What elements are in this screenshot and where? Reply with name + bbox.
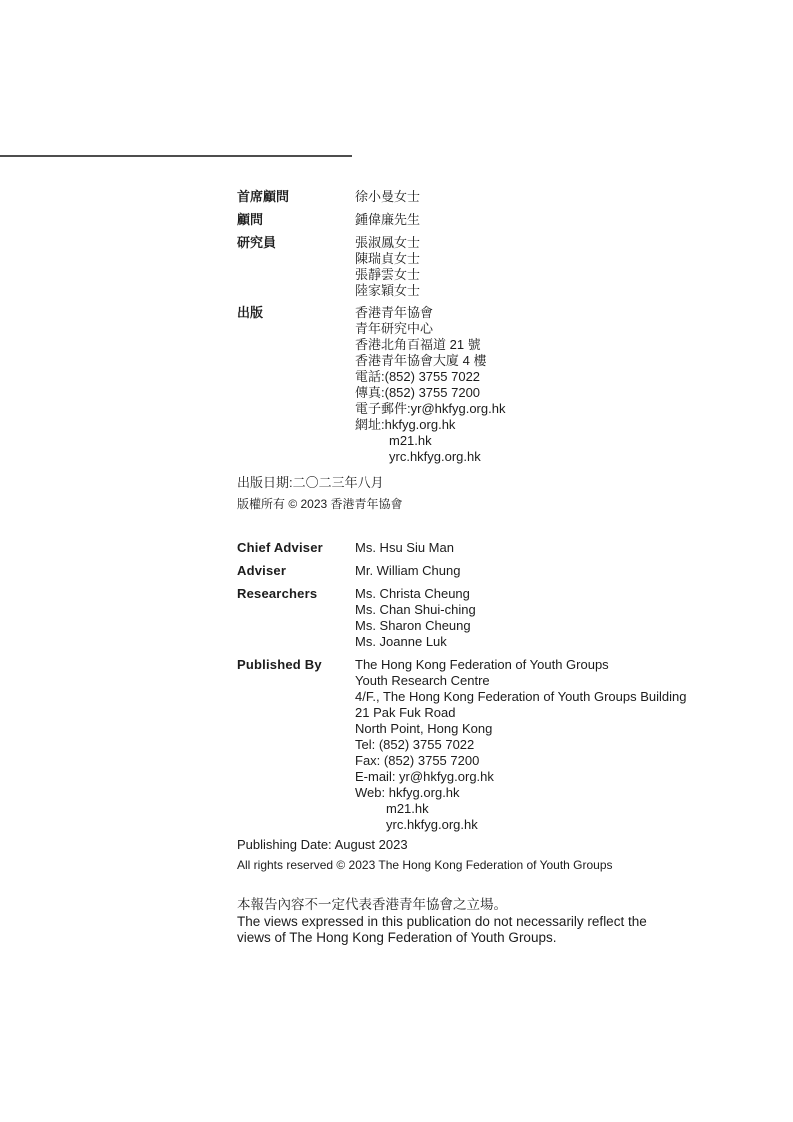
publisher-web-zh: yrc.hkfyg.org.hk bbox=[355, 449, 505, 465]
copyright-zh: 版權所有 © 2023 香港青年協會 bbox=[237, 497, 767, 512]
publishing-date-zh: 出版日期:二〇二三年八月 bbox=[237, 475, 767, 491]
researcher-zh: 張淑鳳女士 bbox=[355, 235, 420, 251]
published-by-line-en: The Hong Kong Federation of Youth Groups bbox=[355, 657, 687, 673]
published-by-line-en: 4/F., The Hong Kong Federation of Youth … bbox=[355, 689, 687, 705]
published-by-line-en: North Point, Hong Kong bbox=[355, 721, 687, 737]
row-chief-adviser-en: Chief Adviser Ms. Hsu Siu Man bbox=[237, 540, 767, 556]
adviser-label-zh: 顧問 bbox=[237, 212, 355, 228]
published-by-tel-en: Tel: (852) 3755 7022 bbox=[355, 737, 687, 753]
publisher-line-zh: 香港北角百福道 21 號 bbox=[355, 337, 505, 353]
published-by-line-en: Youth Research Centre bbox=[355, 673, 687, 689]
adviser-value-en: Mr. William Chung bbox=[355, 563, 460, 579]
researcher-en: Ms. Joanne Luk bbox=[355, 634, 476, 650]
researcher-en: Ms. Christa Cheung bbox=[355, 586, 476, 602]
researcher-zh: 張靜雲女士 bbox=[355, 267, 420, 283]
published-by-web-en: yrc.hkfyg.org.hk bbox=[355, 817, 687, 833]
row-researchers-en: Researchers Ms. Christa Cheung Ms. Chan … bbox=[237, 586, 767, 650]
publishing-date-en: Publishing Date: August 2023 bbox=[237, 837, 767, 853]
published-by-web-en: Web: hkfyg.org.hk bbox=[355, 785, 687, 801]
chief-adviser-label-zh: 首席顧問 bbox=[237, 189, 355, 205]
colophon-page: { "chinese_credits": { "chief_adviser": … bbox=[0, 0, 793, 1122]
publisher-line-zh: 青年研究中心 bbox=[355, 321, 505, 337]
researcher-en: Ms. Chan Shui-ching bbox=[355, 602, 476, 618]
published-by-label-en: Published By bbox=[237, 657, 355, 833]
header-rule bbox=[0, 155, 352, 157]
chief-adviser-value-zh: 徐小曼女士 bbox=[355, 189, 420, 205]
publisher-line-zh: 香港青年協會 bbox=[355, 305, 505, 321]
researchers-label-en: Researchers bbox=[237, 586, 355, 650]
disclaimer-en-line1: The views expressed in this publication … bbox=[237, 914, 767, 931]
published-by-web-en: m21.hk bbox=[355, 801, 687, 817]
row-researchers-zh: 研究員 張淑鳳女士 陳瑞貞女士 張靜雲女士 陸家穎女士 bbox=[237, 235, 767, 299]
content-column: 首席顧問 徐小曼女士 顧問 鍾偉廉先生 研究員 張淑鳳女士 陳瑞貞女士 張靜雲女… bbox=[237, 189, 767, 947]
disclaimer-en-line2: views of The Hong Kong Federation of You… bbox=[237, 930, 767, 947]
disclaimer: 本報告內容不一定代表香港青年協會之立場。 The views expressed… bbox=[237, 897, 767, 947]
rights-en: All rights reserved © 2023 The Hong Kong… bbox=[237, 858, 767, 873]
publisher-web-zh: m21.hk bbox=[355, 433, 505, 449]
adviser-value-zh: 鍾偉廉先生 bbox=[355, 212, 420, 228]
researcher-en: Ms. Sharon Cheung bbox=[355, 618, 476, 634]
publisher-fax-zh: 傳真:(852) 3755 7200 bbox=[355, 385, 505, 401]
published-by-fax-en: Fax: (852) 3755 7200 bbox=[355, 753, 687, 769]
researcher-zh: 陸家穎女士 bbox=[355, 283, 420, 299]
publisher-phone-zh: 電話:(852) 3755 7022 bbox=[355, 369, 505, 385]
row-published-by-en: Published By The Hong Kong Federation of… bbox=[237, 657, 767, 833]
researcher-zh: 陳瑞貞女士 bbox=[355, 251, 420, 267]
row-adviser-zh: 顧問 鍾偉廉先生 bbox=[237, 212, 767, 228]
publisher-label-zh: 出版 bbox=[237, 305, 355, 465]
published-by-email-en: E-mail: yr@hkfyg.org.hk bbox=[355, 769, 687, 785]
row-chief-adviser-zh: 首席顧問 徐小曼女士 bbox=[237, 189, 767, 205]
publisher-line-zh: 香港青年協會大廈 4 樓 bbox=[355, 353, 505, 369]
row-publisher-zh: 出版 香港青年協會 青年研究中心 香港北角百福道 21 號 香港青年協會大廈 4… bbox=[237, 305, 767, 465]
english-credits-section: Chief Adviser Ms. Hsu Siu Man Adviser Mr… bbox=[237, 540, 767, 873]
chief-adviser-label-en: Chief Adviser bbox=[237, 540, 355, 556]
chief-adviser-value-en: Ms. Hsu Siu Man bbox=[355, 540, 454, 556]
adviser-label-en: Adviser bbox=[237, 563, 355, 579]
row-adviser-en: Adviser Mr. William Chung bbox=[237, 563, 767, 579]
published-by-line-en: 21 Pak Fuk Road bbox=[355, 705, 687, 721]
disclaimer-zh: 本報告內容不一定代表香港青年協會之立場。 bbox=[237, 897, 767, 914]
publisher-email-zh: 電子郵件:yr@hkfyg.org.hk bbox=[355, 401, 505, 417]
publisher-web-zh: 網址:hkfyg.org.hk bbox=[355, 417, 505, 433]
researchers-label-zh: 研究員 bbox=[237, 235, 355, 299]
